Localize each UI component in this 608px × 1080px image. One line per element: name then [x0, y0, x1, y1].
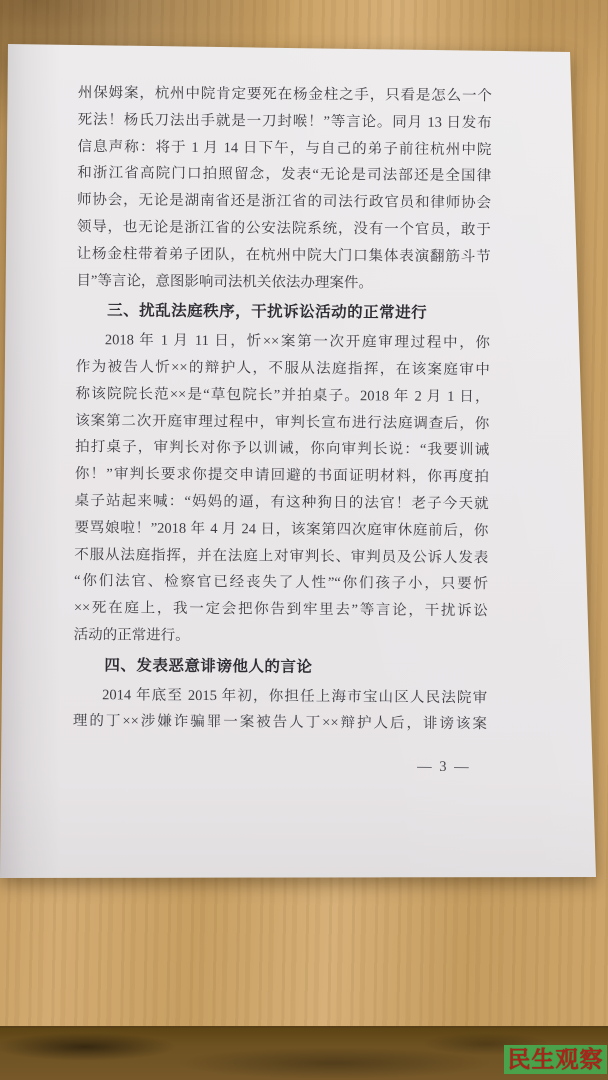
- section-heading-3: 三、扰乱法庭秩序，干扰诉讼活动的正常进行: [76, 298, 490, 328]
- text-line: 让杨金柱带着弟子团队，在杭州中院大门口集体表演翻筋斗节: [77, 241, 491, 271]
- text-line: 理的丁××涉嫌诈骗罪一案被告人丁××辩护人后，诽谤该案: [73, 708, 487, 738]
- text-line: 称该院院长范××是“草包院长”并拍桌子。2018 年 2 月 1 日，: [75, 381, 489, 411]
- text-line: 领导，也无论是浙江省的公安法院系统，没有一个官员，敢于: [77, 214, 491, 244]
- text-line: 目”等言论，意图影响司法机关依法办理案件。: [76, 268, 490, 298]
- text-line: 和浙江省高院门口拍照留念，发表“无论是司法部还是全国律: [77, 160, 491, 190]
- text-line: 活动的正常进行。: [74, 622, 488, 652]
- page-body: 州保姆案，杭州中院肯定要死在杨金柱之手，只看是怎么一个 死法！杨氏刀法出手就是一…: [73, 80, 492, 781]
- page-number: — 3 —: [73, 751, 487, 781]
- text-line: 作为被告人忻××的辩护人，不服从法庭指挥，在该案庭审中: [76, 354, 490, 384]
- text-line: 信息声称：将于 1 月 14 日下午，与自己的弟子前往杭州中院: [77, 134, 491, 164]
- text-line: ××死在庭上，我一定会把你告到牢里去”等言论，干扰诉讼: [74, 595, 488, 625]
- text-line: 桌子站起来喊：“妈妈的逼，有这种狗日的法官！老子今天就: [75, 488, 489, 518]
- text-line: 要骂娘啦！”2018 年 4 月 24 日，该案第四次庭审休庭前后，你: [74, 515, 488, 545]
- text-line: 不服从法庭指挥，并在法庭上对审判长、审判员及公诉人发表: [74, 542, 488, 572]
- text-line: 2018 年 1 月 11 日，忻××案第一次开庭审理过程中，你: [76, 327, 490, 357]
- text-line: 2014 年底至 2015 年初，你担任上海市宝山区人民法院审: [73, 682, 487, 712]
- text-line: 师协会，无论是湖南省还是浙江省的司法行政官员和律师协会: [77, 187, 491, 217]
- watermark-badge: 民生观察: [504, 1045, 607, 1074]
- watermark-text: 民生观察: [508, 1047, 604, 1072]
- text-line: 该案第二次开庭审理过程中，审判长宣布进行法庭调查后，你: [75, 408, 489, 438]
- text-line: 死法！杨氏刀法出手就是一刀封喉！”等言论。同月 13 日发布: [78, 107, 492, 137]
- text-line: 州保姆案，杭州中院肯定要死在杨金柱之手，只看是怎么一个: [78, 80, 492, 110]
- section-heading-4: 四、发表恶意诽谤他人的言论: [73, 653, 487, 683]
- text-line: 你！”审判长要求你提交申请回避的书面证明材料，你再度拍: [75, 461, 489, 491]
- text-line: “你们法官、检察官已经丧失了人性”“你们孩子小，只要忻: [74, 568, 488, 598]
- text-line: 拍打桌子，审判长对你予以训诫，你向审判长说：“我要训诫: [75, 434, 489, 464]
